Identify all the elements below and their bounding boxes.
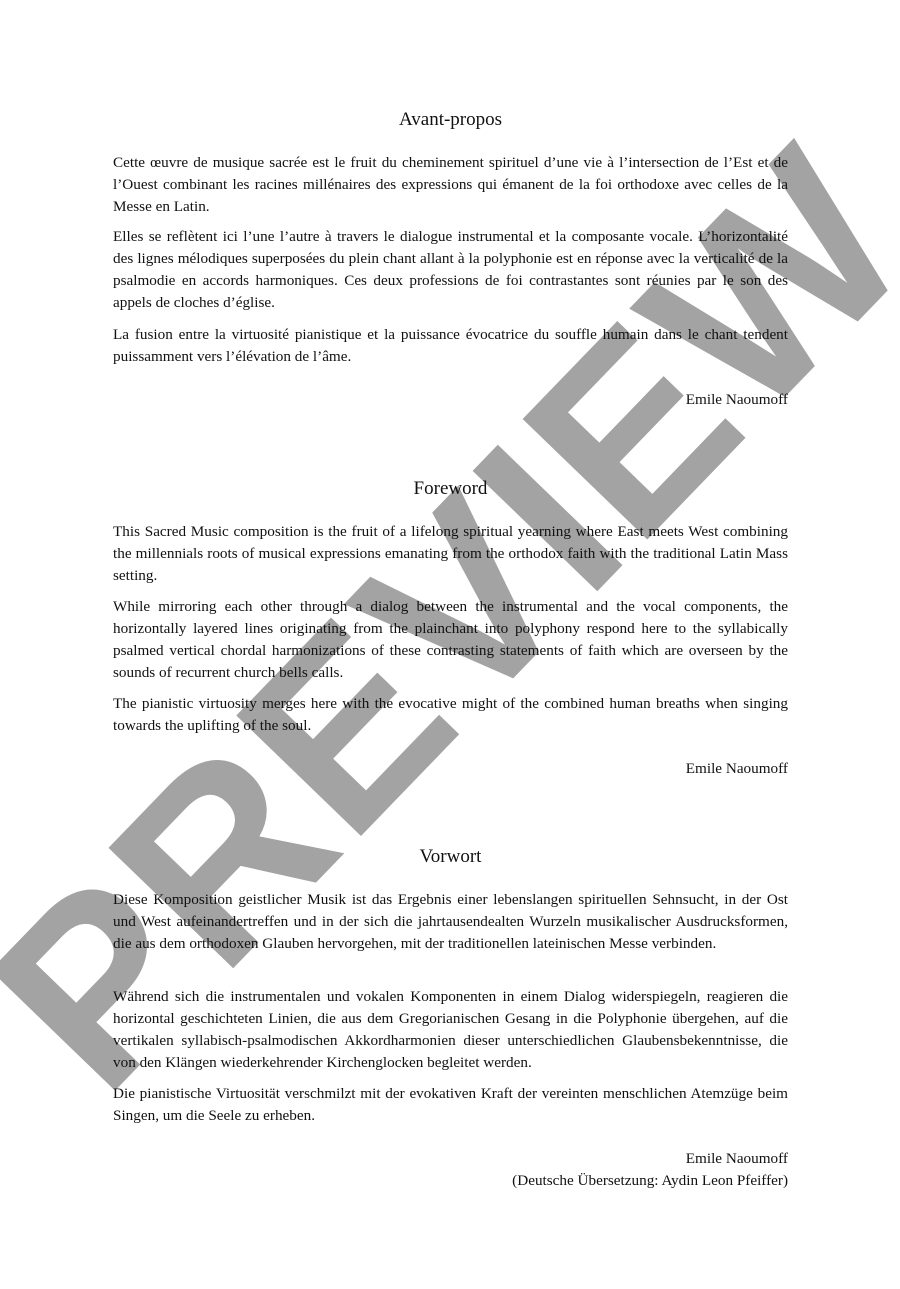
paragraph: The pianistic virtuosity merges here wit… <box>113 693 788 737</box>
signature: Emile Naoumoff <box>686 758 788 780</box>
paragraph: While mirroring each other through a dia… <box>113 596 788 684</box>
section-title-avant-propos: Avant-propos <box>113 108 788 132</box>
signature: Emile Naoumoff <box>686 389 788 411</box>
document-page: PREVIEW Avant-propos Cette œuvre de musi… <box>0 0 900 1289</box>
paragraph: Diese Komposition geistlicher Musik ist … <box>113 889 788 955</box>
section-title-foreword: Foreword <box>113 477 788 501</box>
paragraph: Elles se reflètent ici l’une l’autre à t… <box>113 226 788 314</box>
paragraph: La fusion entre la virtuosité pianistiqu… <box>113 324 788 368</box>
signature: Emile Naoumoff <box>686 1148 788 1170</box>
section-title-vorwort: Vorwort <box>113 845 788 869</box>
paragraph: Die pianistische Virtuosität verschmilzt… <box>113 1083 788 1127</box>
translator-credit: (Deutsche Übersetzung: Aydin Leon Pfeiff… <box>512 1170 788 1192</box>
paragraph: Cette œuvre de musique sacrée est le fru… <box>113 152 788 218</box>
paragraph: This Sacred Music composition is the fru… <box>113 521 788 587</box>
paragraph: Während sich die instrumentalen und voka… <box>113 986 788 1074</box>
